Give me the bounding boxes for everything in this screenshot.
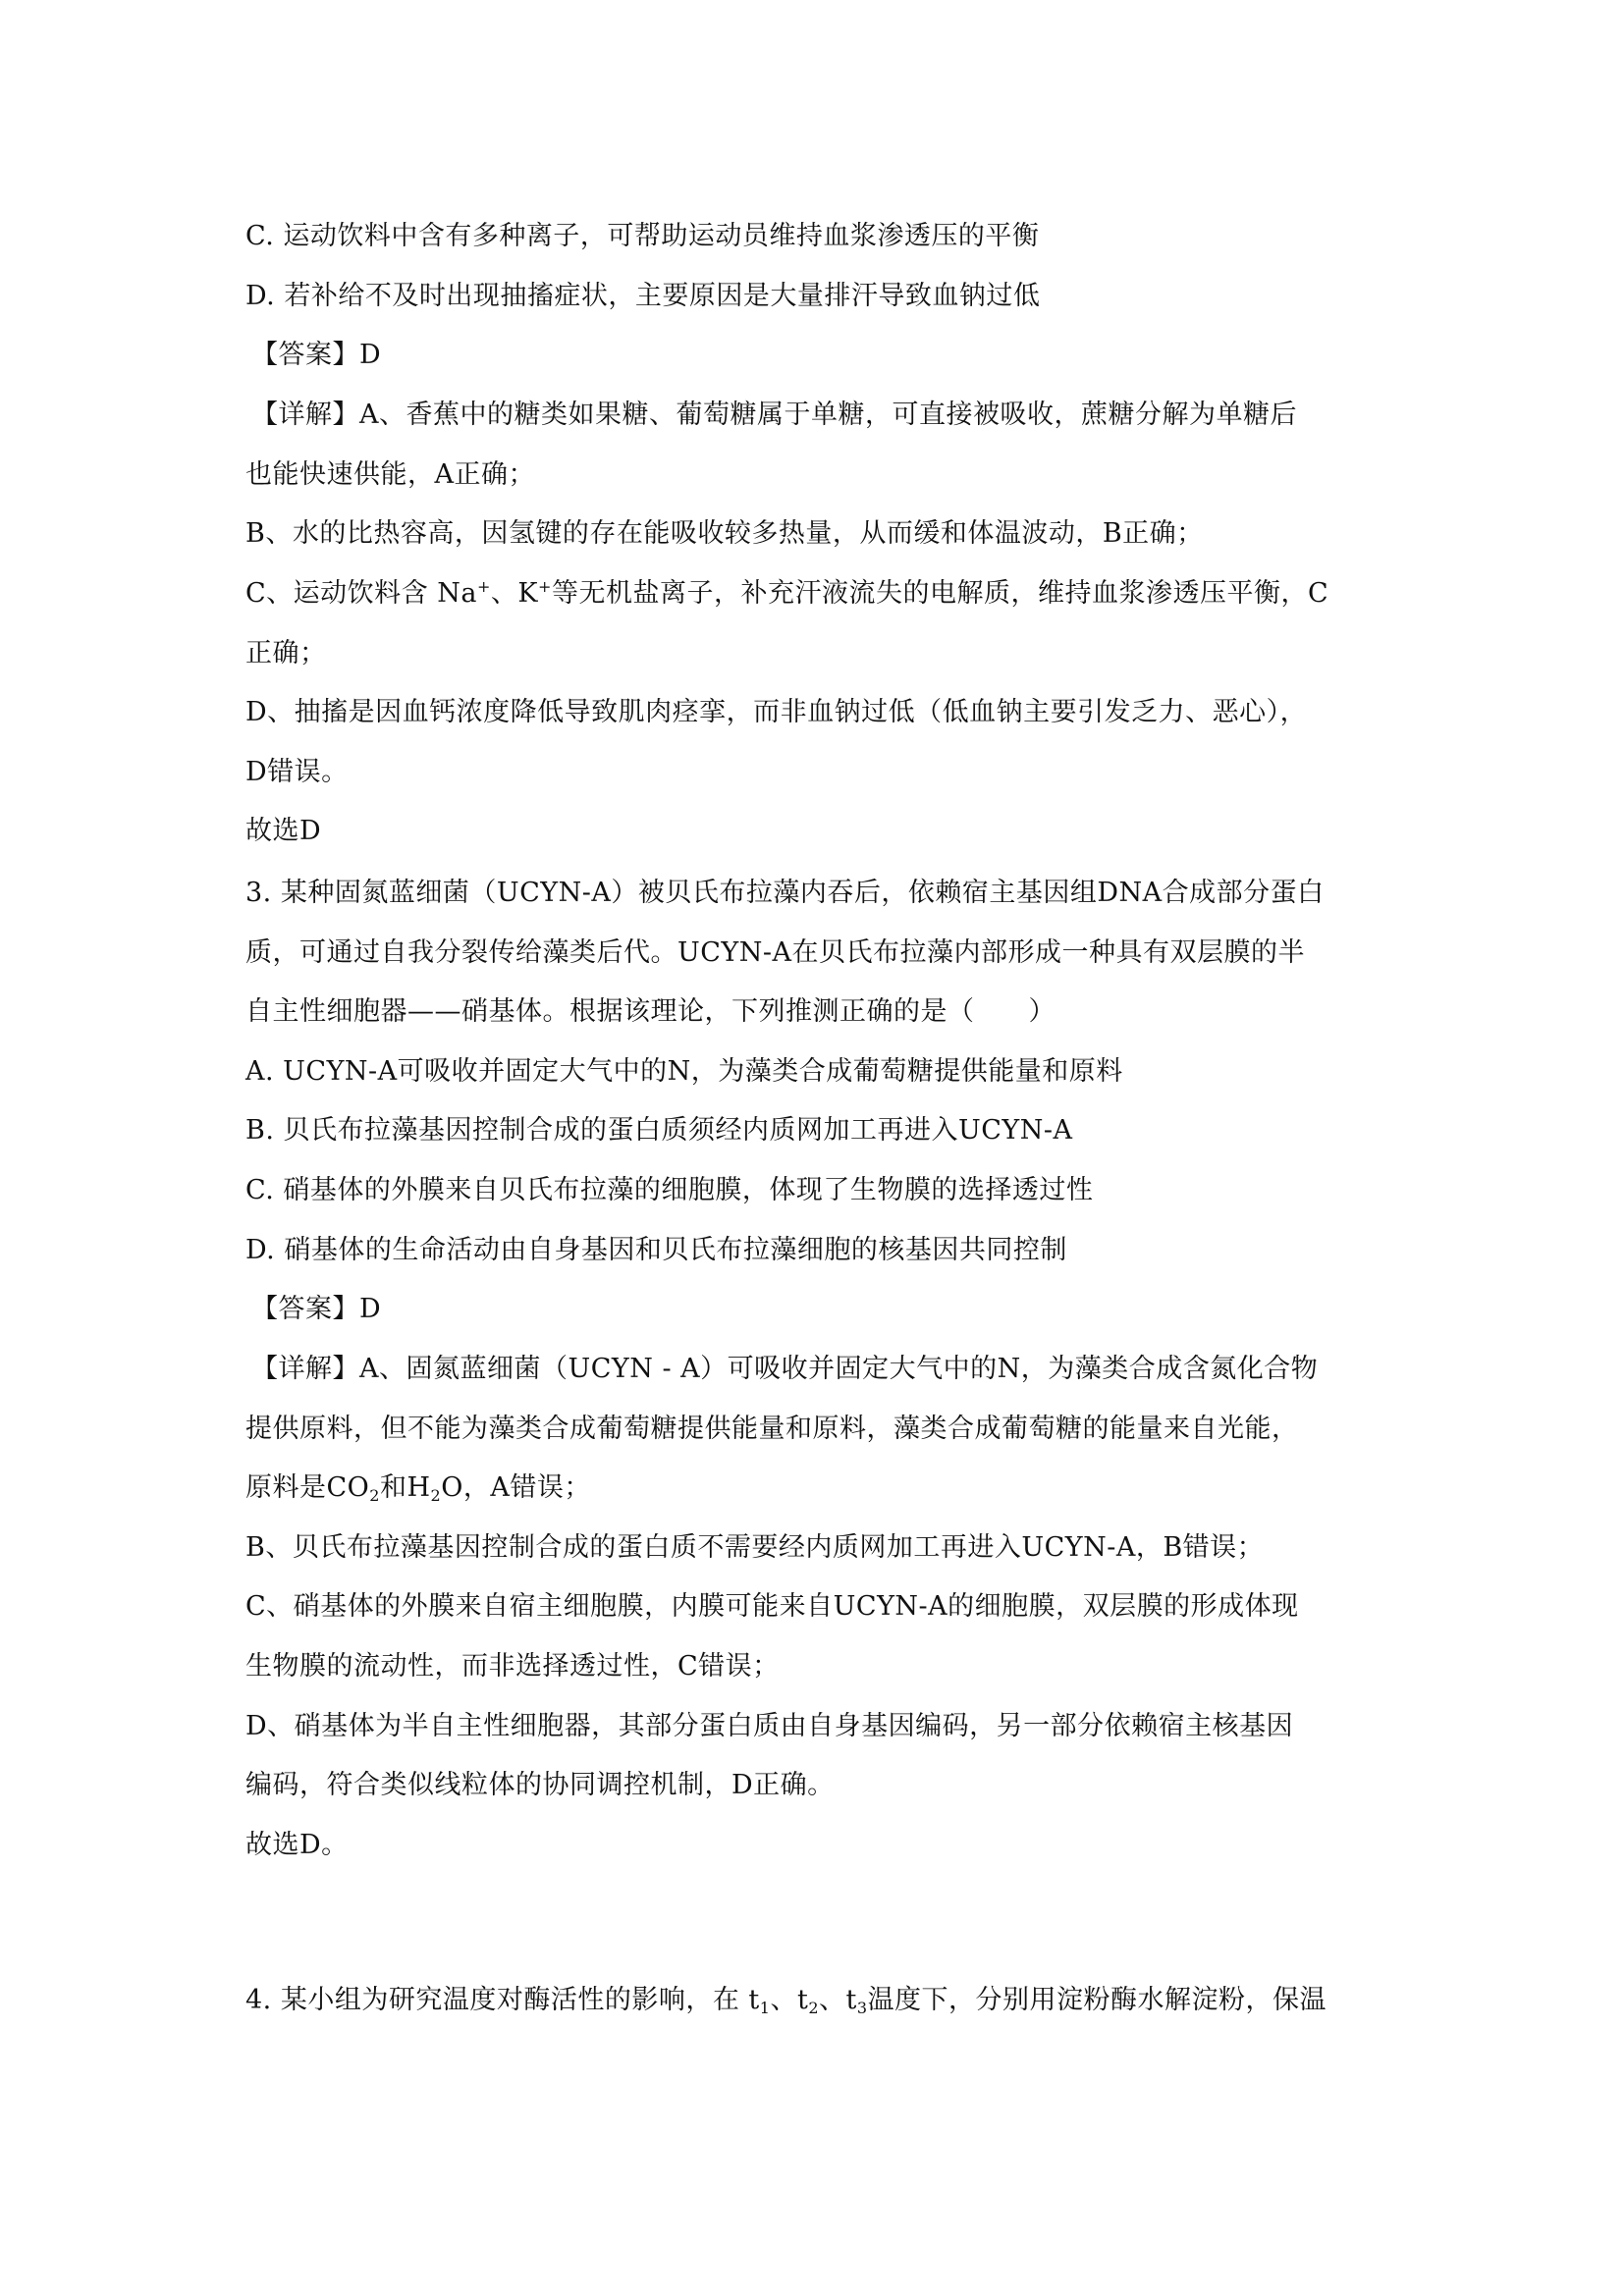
t1-subscript: 1 — [760, 1999, 771, 2017]
q3-explain-c-line1: C、硝基体的外膜来自宿主细胞膜，内膜可能来自UCYN-A的细胞膜，双层膜的形成体… — [245, 1587, 1299, 1627]
q4-stem-sep-2: 、t — [819, 1985, 857, 2015]
q2-explain-c-text-2: 、K — [491, 578, 538, 609]
q3-explain-a-line1: 【详解】A、固氮蓝细菌（UCYN - A）可吸收并固定大气中的N，为藻类合成含氮… — [251, 1350, 1318, 1389]
q3-explain-a3-text-1: 原料是CO — [245, 1472, 369, 1503]
q3-explain-d-line1: D、硝基体为半自主性细胞器，其部分蛋白质由自身基因编码，另一部分依赖宿主核基因 — [245, 1707, 1293, 1746]
q2-explain-d-line2: D错误。 — [245, 753, 349, 792]
q3-option-d: D. 硝基体的生命活动由自身基因和贝氏布拉藻细胞的核基因共同控制 — [245, 1231, 1067, 1270]
q3-explain-a-line3: 原料是CO2和H2O，A错误； — [245, 1468, 591, 1508]
q3-stem-line1: 3. 某种固氮蓝细菌（UCYN-A）被贝氏布拉藻内吞后，依赖宿主基因组DNA合成… — [245, 874, 1325, 913]
q2-explain-a-line2: 也能快速供能，A正确； — [245, 455, 535, 495]
q2-option-c: C. 运动饮料中含有多种离子，可帮助运动员维持血浆渗透压的平衡 — [245, 217, 1039, 256]
q3-stem-line2: 质，可通过自我分裂传给藻类后代。UCYN-A在贝氏布拉藻内部形成一种具有双层膜的… — [245, 934, 1305, 973]
q2-explain-d-line1: D、抽搐是因血钙浓度降低导致肌肉痉挛，而非血钠过低（低血钠主要引发乏力、恶心）， — [245, 693, 1307, 732]
potassium-charge: + — [538, 577, 552, 596]
q2-conclusion: 故选D — [245, 812, 321, 851]
q3-explain-d-line2: 编码，符合类似线粒体的协同调控机制，D正确。 — [245, 1766, 835, 1805]
q4-stem-text-2: 温度下，分别用淀粉酶水解淀粉，保温 — [868, 1985, 1327, 2015]
q2-explain-c-line2: 正确； — [245, 634, 327, 673]
q2-option-d: D. 若补给不及时出现抽搐症状，主要原因是大量排汗导致血钠过低 — [245, 277, 1040, 316]
q2-explain-b: B、水的比热容高，因氢键的存在能吸收较多热量，从而缓和体温波动，B正确； — [245, 514, 1204, 554]
q2-explain-a-line1: 【详解】A、香蕉中的糖类如果糖、葡萄糖属于单糖，可直接被吸收，蔗糖分解为单糖后 — [251, 396, 1297, 435]
h2o-subscript: 2 — [431, 1486, 442, 1505]
q3-explain-c-line2: 生物膜的流动性，而非选择透过性，C错误； — [245, 1647, 780, 1686]
q2-explain-c-text-3: 等无机盐离子，补充汗液流失的电解质，维持血浆渗透压平衡，C — [552, 578, 1328, 609]
q2-explain-c-text-1: C、运动饮料含 Na — [245, 578, 477, 609]
q3-explain-b: B、贝氏布拉藻基因控制合成的蛋白质不需要经内质网加工再进入UCYN-A，B错误； — [245, 1528, 1264, 1568]
q3-answer: 【答案】D — [251, 1290, 381, 1329]
document-page: C. 运动饮料中含有多种离子，可帮助运动员维持血浆渗透压的平衡 D. 若补给不及… — [0, 0, 1624, 2296]
q3-explain-a-line2: 提供原料，但不能为藻类合成葡萄糖提供能量和原料，藻类合成葡萄糖的能量来自光能， — [245, 1410, 1299, 1449]
t3-subscript: 3 — [857, 1999, 868, 2017]
q3-conclusion: 故选D。 — [245, 1826, 349, 1865]
q4-stem-line1: 4. 某小组为研究温度对酶活性的影响，在 t1、t2、t3温度下，分别用淀粉酶水… — [245, 1981, 1326, 2020]
q3-explain-a3-text-3: O，A错误； — [441, 1472, 591, 1503]
q3-option-b: B. 贝氏布拉藻基因控制合成的蛋白质须经内质网加工再进入UCYN-A — [245, 1111, 1073, 1150]
q4-stem-text-1: 4. 某小组为研究温度对酶活性的影响，在 t — [245, 1985, 760, 2015]
q3-explain-a3-text-2: 和H — [380, 1472, 431, 1503]
q3-option-a: A. UCYN-A可吸收并固定大气中的N，为藻类合成葡萄糖提供能量和原料 — [245, 1052, 1123, 1092]
t2-subscript: 2 — [808, 1999, 819, 2017]
q3-stem-line3: 自主性细胞器——硝基体。根据该理论，下列推测正确的是（ ） — [245, 992, 1056, 1032]
q3-option-c: C. 硝基体的外膜来自贝氏布拉藻的细胞膜，体现了生物膜的选择透过性 — [245, 1171, 1093, 1210]
q4-stem-sep-1: 、t — [770, 1985, 808, 2015]
q2-answer: 【答案】D — [251, 336, 381, 375]
q2-explain-c-line1: C、运动饮料含 Na+、K+等无机盐离子，补充汗液流失的电解质，维持血浆渗透压平… — [245, 574, 1328, 614]
co2-subscript: 2 — [369, 1486, 380, 1505]
sodium-charge: + — [477, 577, 491, 596]
